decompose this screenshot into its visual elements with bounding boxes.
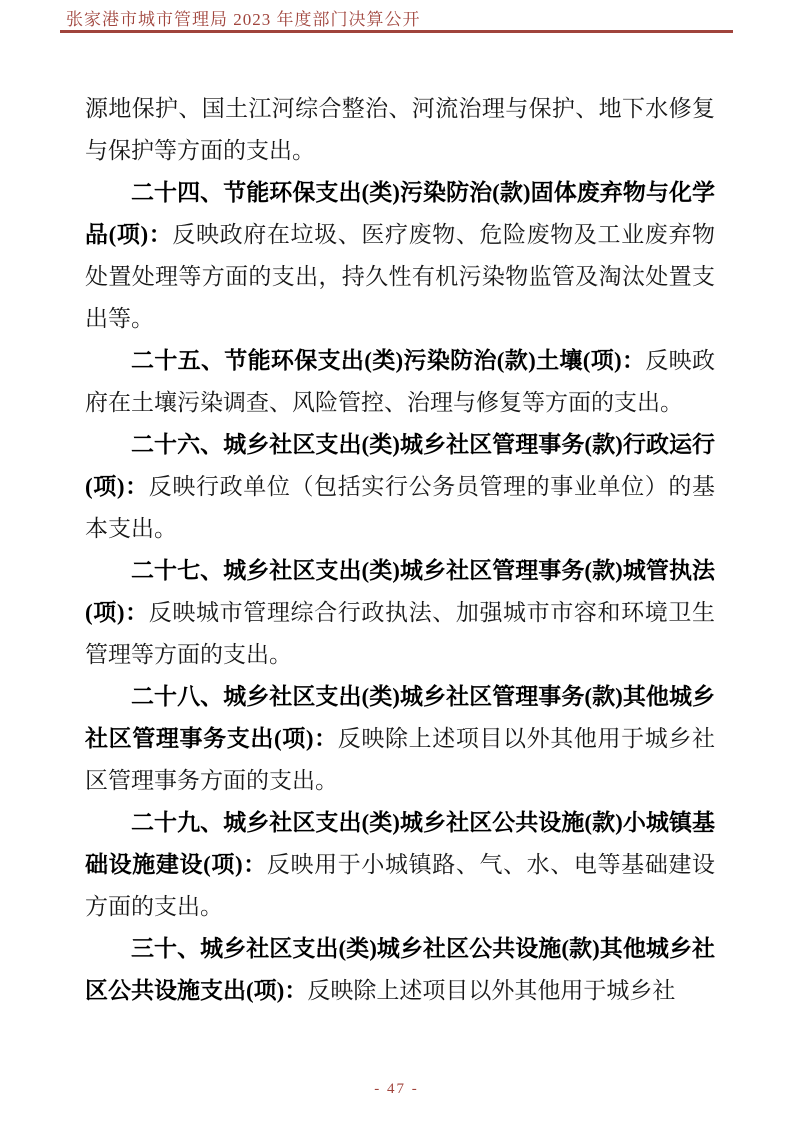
page-number: - 47 -	[0, 1081, 793, 1098]
paragraph: 三十、城乡社区支出(类)城乡社区公共设施(款)其他城乡社区公共设施支出(项)：反…	[85, 928, 715, 1012]
paragraph: 源地保护、国土江河综合整治、河流治理与保护、地下水修复与保护等方面的支出。	[85, 88, 715, 172]
clause-text: 源地保护、国土江河综合整治、河流治理与保护、地下水修复与保护等方面的支出。	[85, 96, 715, 163]
paragraph: 二十九、城乡社区支出(类)城乡社区公共设施(款)小城镇基础设施建设(项)：反映用…	[85, 802, 715, 928]
paragraph-list: 源地保护、国土江河综合整治、河流治理与保护、地下水修复与保护等方面的支出。二十四…	[85, 88, 715, 1012]
paragraph: 二十六、城乡社区支出(类)城乡社区管理事务(款)行政运行(项)：反映行政单位（包…	[85, 424, 715, 550]
paragraph: 二十八、城乡社区支出(类)城乡社区管理事务(款)其他城乡社区管理事务支出(项)：…	[85, 676, 715, 802]
header-divider	[60, 30, 733, 33]
document-header-title: 张家港市城市管理局 2023 年度部门决算公开	[66, 9, 421, 31]
clause-text: 反映除上述项目以外其他用于城乡社	[307, 978, 675, 1003]
paragraph: 二十七、城乡社区支出(类)城乡社区管理事务(款)城管执法(项)：反映城市管理综合…	[85, 550, 715, 676]
paragraph: 二十四、节能环保支出(类)污染防治(款)固体废弃物与化学品(项)：反映政府在垃圾…	[85, 172, 715, 340]
clause-text: 反映城市管理综合行政执法、加强城市市容和环境卫生管理等方面的支出。	[85, 600, 715, 667]
paragraph: 二十五、节能环保支出(类)污染防治(款)土壤(项)：反映政府在土壤污染调查、风险…	[85, 340, 715, 424]
document-body: 源地保护、国土江河综合整治、河流治理与保护、地下水修复与保护等方面的支出。二十四…	[85, 88, 715, 1012]
clause-text: 反映政府在垃圾、医疗废物、危险废物及工业废弃物处置处理等方面的支出，持久性有机污…	[85, 222, 715, 331]
clause-heading: 二十五、节能环保支出(类)污染防治(款)土壤(项)：	[131, 348, 645, 373]
document-page: 张家港市城市管理局 2023 年度部门决算公开 源地保护、国土江河综合整治、河流…	[0, 0, 793, 1122]
clause-text: 反映行政单位（包括实行公务员管理的事业单位）的基本支出。	[85, 474, 715, 541]
